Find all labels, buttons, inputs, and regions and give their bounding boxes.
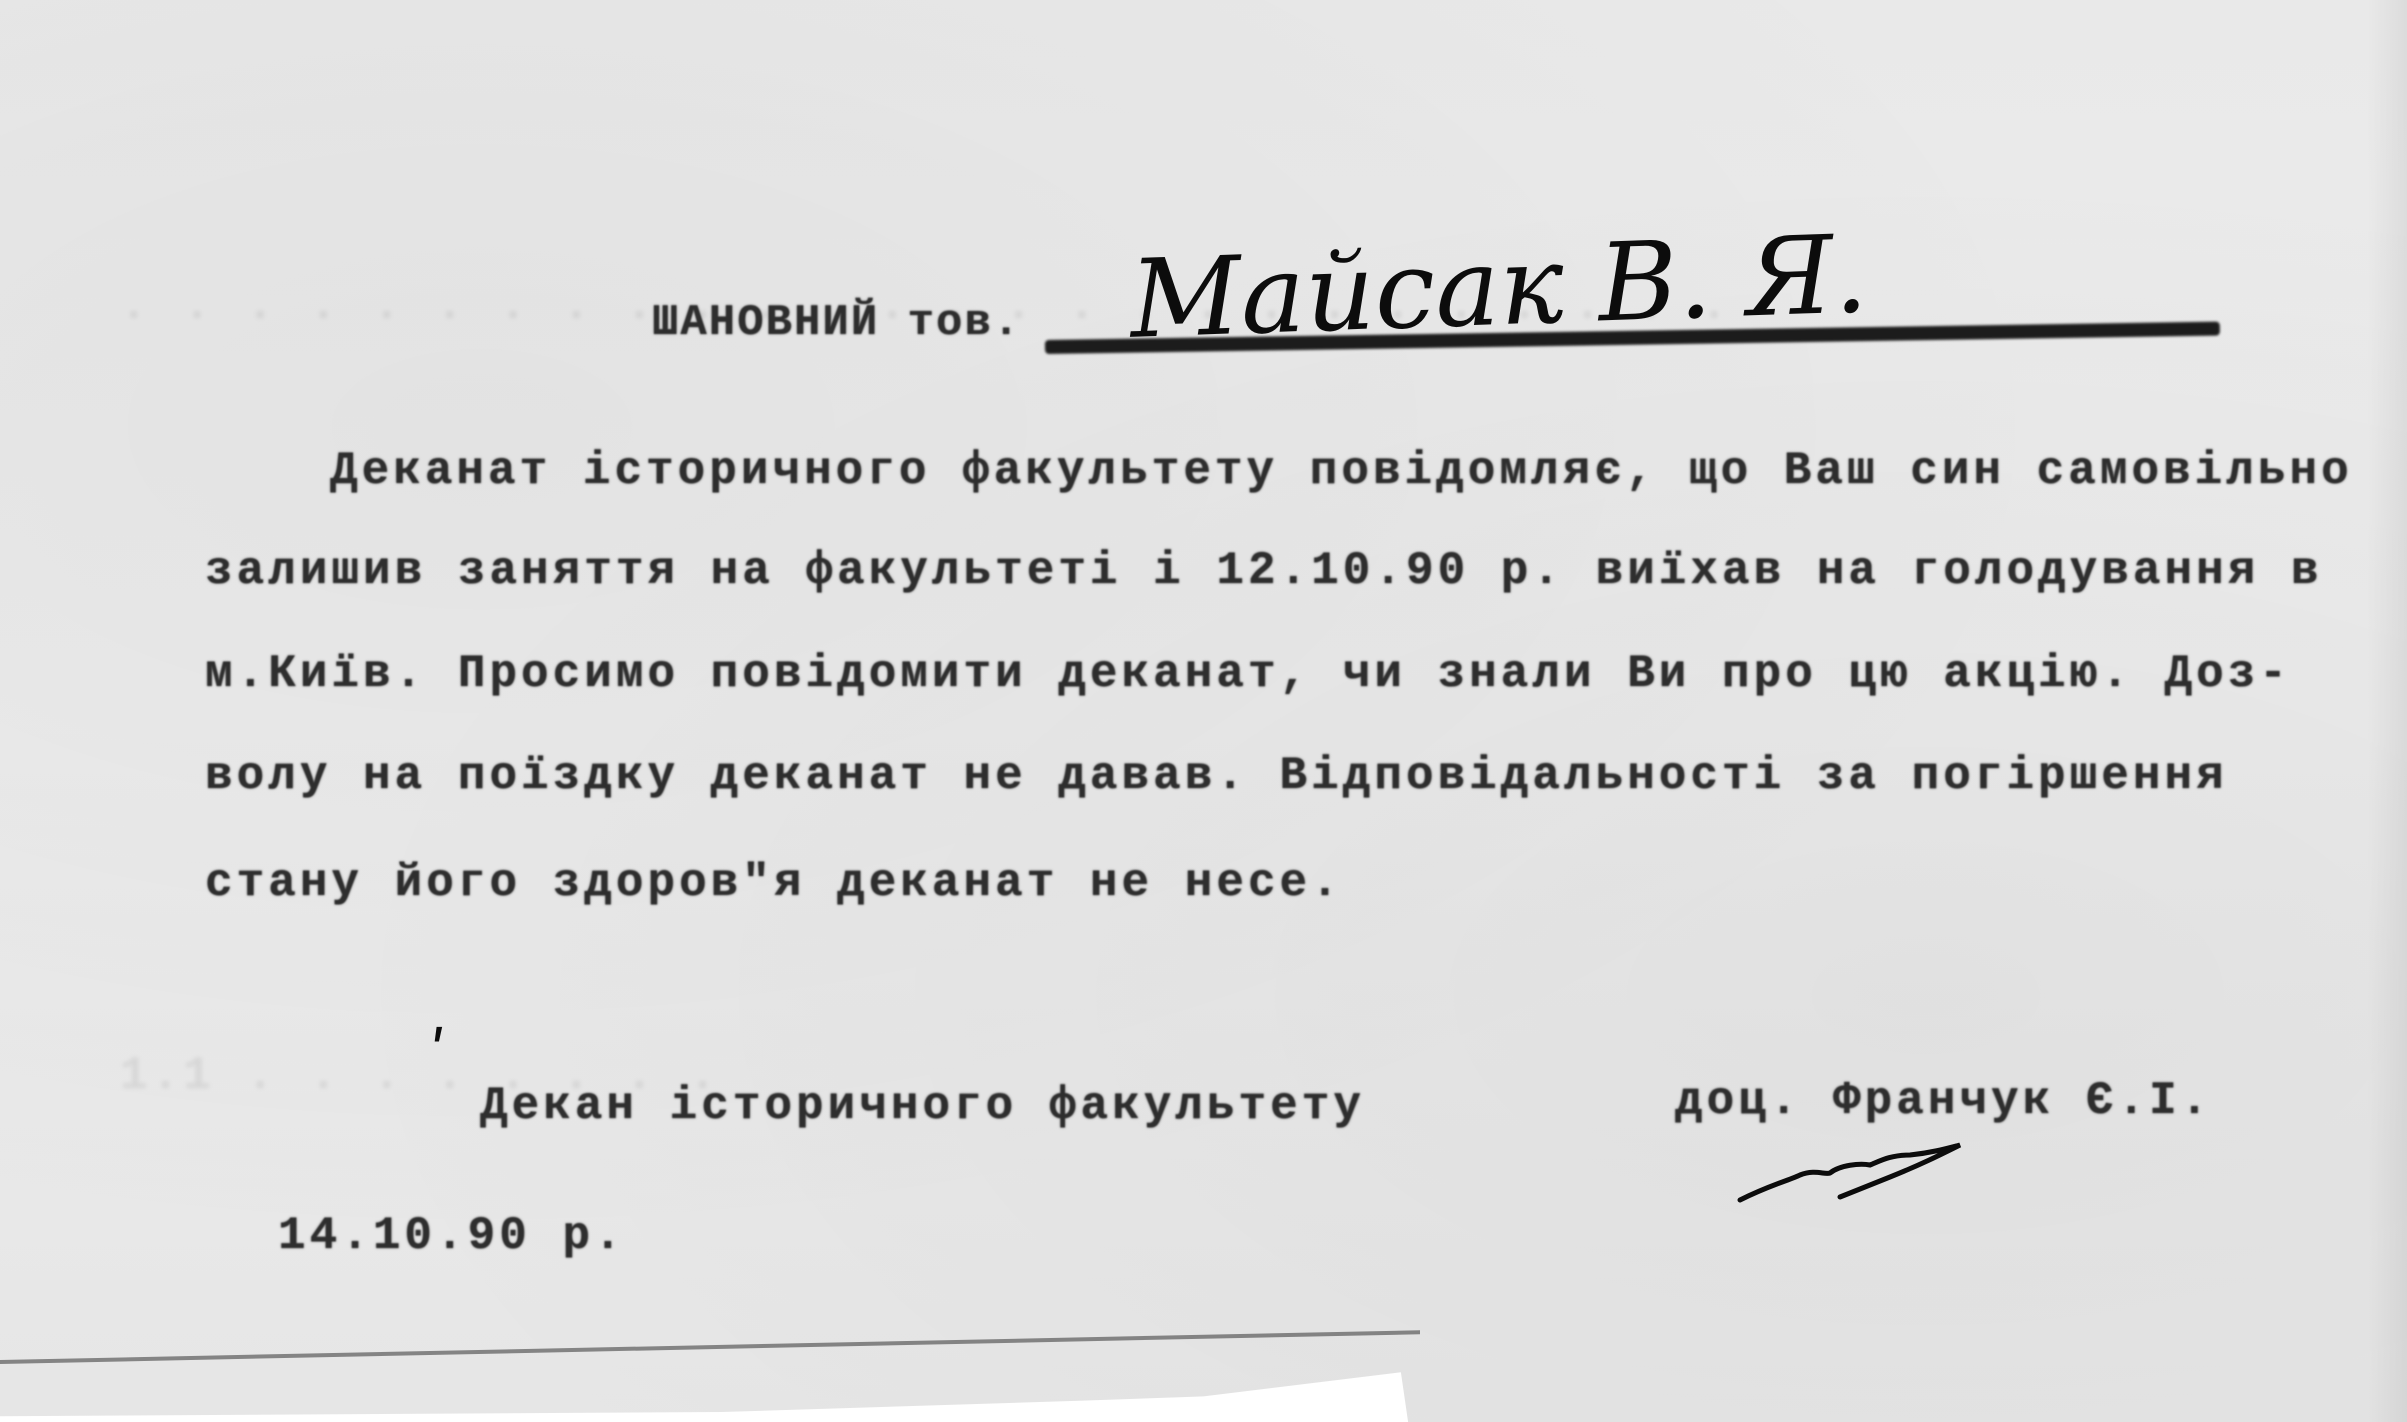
- body-line-2: залишив заняття на факультеті і 12.10.90…: [205, 545, 2323, 597]
- document-date: 14.10.90 р.: [278, 1210, 626, 1262]
- handwritten-signature: [1730, 1135, 2050, 1215]
- salutation-prefix: ШАНОВНИЙ тов.: [652, 298, 1021, 348]
- body-line-1: Деканат історичного факультету повідомля…: [330, 445, 2353, 497]
- pen-mark: ʹ: [430, 1020, 447, 1090]
- body-line-3: м.Київ. Просимо повідомити деканат, чи з…: [205, 648, 2291, 700]
- body-line-4: волу на поїздку деканат не давав. Відпов…: [205, 750, 2228, 802]
- signatory-title: Декан історичного факультету: [480, 1080, 1365, 1132]
- body-line-5: стану його здоров"я деканат не несе.: [205, 857, 1343, 909]
- paper-edge-shadow: [2367, 0, 2407, 1422]
- signatory-name: доц. Франчук Є.І.: [1675, 1075, 2212, 1127]
- handwritten-recipient-name: Майсак В. Я.: [1128, 212, 1870, 363]
